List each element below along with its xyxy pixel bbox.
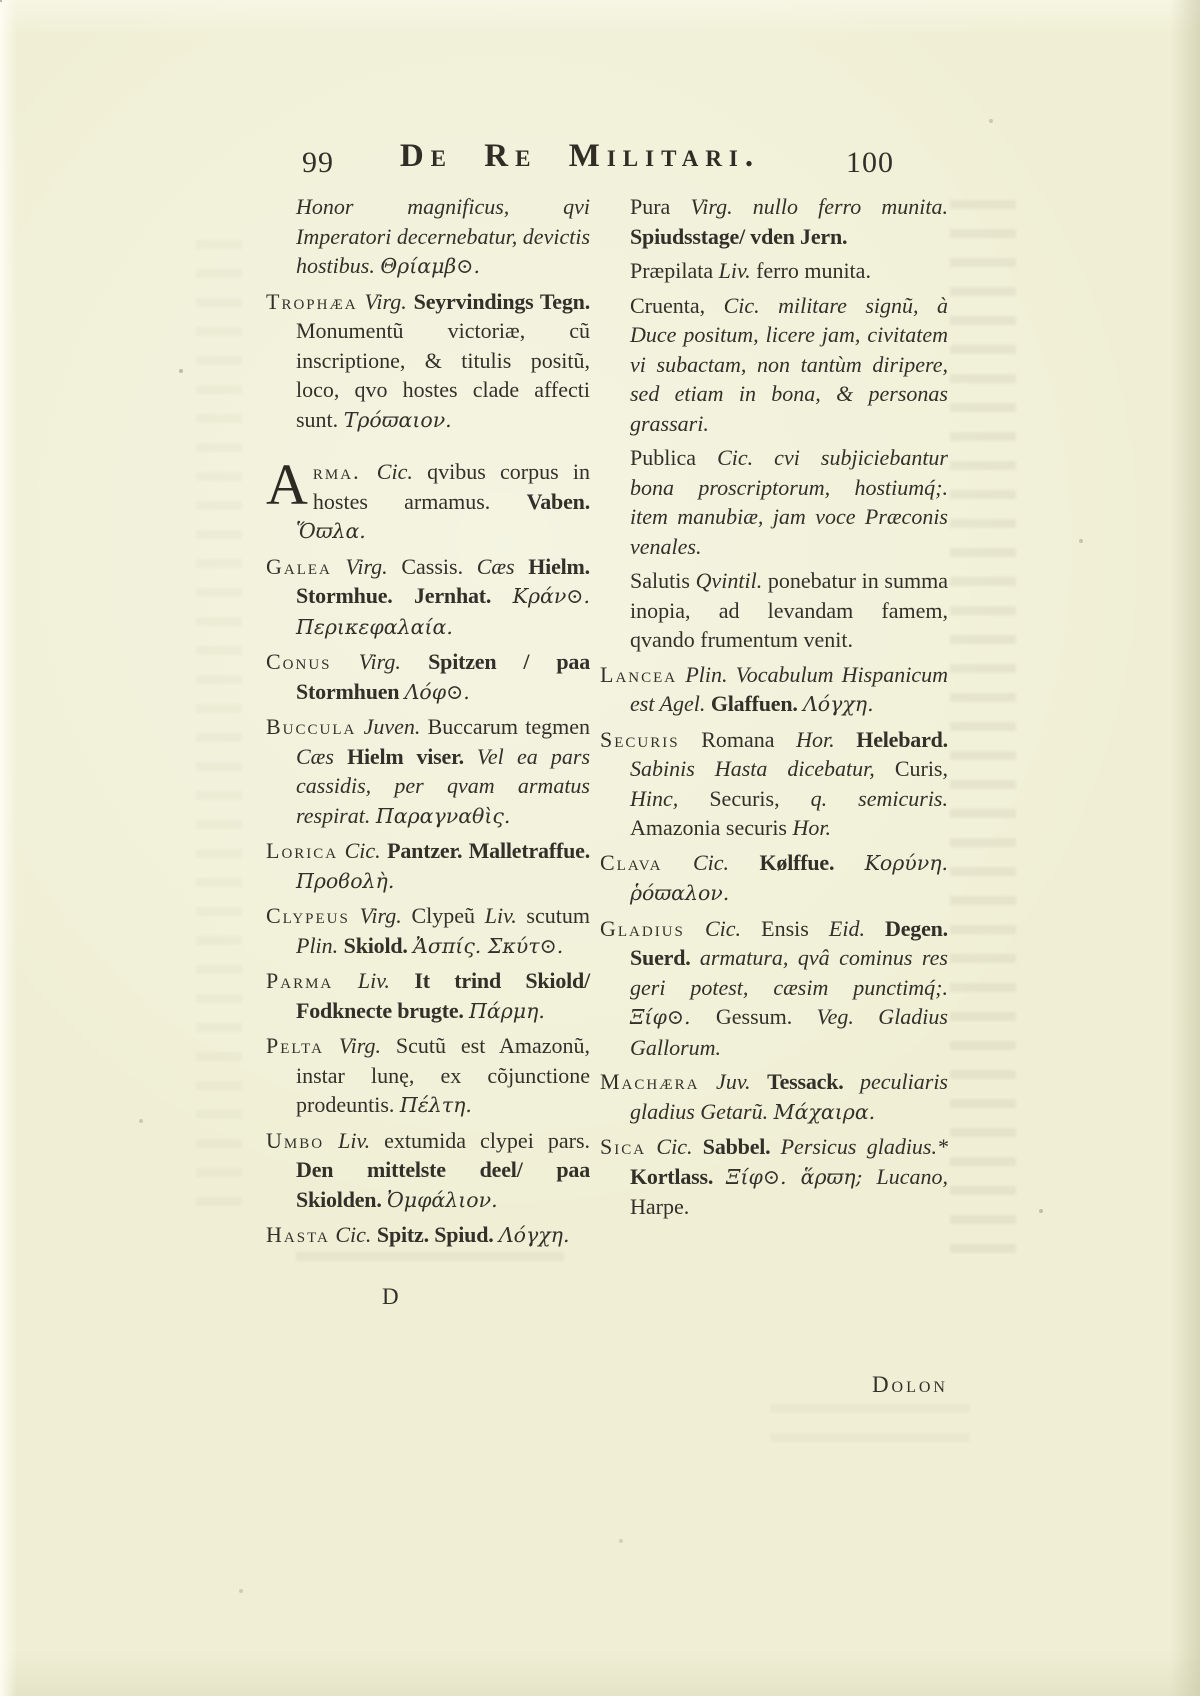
text-segment: Pura xyxy=(630,194,690,219)
text-segment: Umbo xyxy=(266,1128,324,1153)
text-segment: Lucano, xyxy=(877,1164,949,1189)
text-segment: Liv. xyxy=(485,903,527,928)
dictionary-entry: Salutis Qvintil. ponebatur in summa inop… xyxy=(600,566,948,655)
dictionary-entry: Gladius Cic. Ensis Eid. Degen. Suerd. ar… xyxy=(600,914,948,1063)
text-segment: Ξίφ⊙. xyxy=(630,1005,716,1029)
drop-cap-letter: A xyxy=(266,460,308,510)
text-segment: Glaffuen. xyxy=(711,691,803,716)
text-segment: Virg. xyxy=(332,649,429,674)
text-segment: Ὅϖλα. xyxy=(296,519,366,543)
text-segment: Romana xyxy=(680,727,797,752)
text-segment: Ξίφ⊙. ἅρϖη; xyxy=(726,1165,876,1189)
text-segment: Hor. xyxy=(796,727,856,752)
dictionary-entry: Securis Romana Hor. Helebard. Sabinis Ha… xyxy=(600,725,948,843)
dictionary-entry: Clava Cic. Kølffue. Κορύνη. ῥόϖαλον. xyxy=(600,848,948,909)
text-segment: Πέλτη. xyxy=(400,1093,472,1117)
text-segment: Virg. xyxy=(350,903,412,928)
text-segment: Liv. xyxy=(333,968,414,993)
text-segment: Conus xyxy=(266,649,332,674)
text-segment: Machæra xyxy=(600,1069,699,1094)
dictionary-entry: Galea Virg. Cassis. Cæs Hielm. Stormhue.… xyxy=(266,552,590,643)
catchword: Dolon xyxy=(600,1372,948,1398)
bleedthrough-band xyxy=(770,1404,970,1456)
text-segment: rma. xyxy=(313,459,377,484)
text-segment: scutum xyxy=(526,903,590,928)
text-segment: Clypeus xyxy=(266,903,350,928)
dictionary-entry: Parma Liv. It trind Skiold/ Fodknecte br… xyxy=(266,966,590,1026)
text-segment: Παραγναθὶς. xyxy=(376,804,511,828)
text-segment: Qvintil. xyxy=(696,568,768,593)
text-segment: Liv. xyxy=(719,258,756,283)
dictionary-entry: Præpilata Liv. ferro munita. xyxy=(600,256,948,286)
text-segment: Publica xyxy=(630,445,717,470)
text-segment: Galea xyxy=(266,554,332,579)
text-segment: Kølffue. xyxy=(760,850,865,875)
text-segment: Ensis xyxy=(761,916,829,941)
page-number-right: 100 xyxy=(846,146,894,180)
dictionary-entry: Sica Cic. Sabbel. Persicus gladius.* Kor… xyxy=(600,1132,948,1222)
dictionary-entry: Buccula Juven. Buccarum tegmen Cæs Hielm… xyxy=(266,712,590,831)
text-segment: Sica xyxy=(600,1134,646,1159)
text-segment: Cic. xyxy=(646,1134,703,1159)
text-segment: Cic. xyxy=(662,850,759,875)
text-segment: Skiold. xyxy=(344,933,413,958)
text-column-right: Pura Virg. nullo ferro munita. Spiudssta… xyxy=(600,192,948,1227)
text-segment: Cruenta, xyxy=(630,293,724,318)
text-segment: Hinc, xyxy=(630,786,709,811)
bleedthrough-band xyxy=(196,240,242,1220)
text-segment: Hor. xyxy=(793,815,832,840)
text-segment: q. semicuris. xyxy=(811,786,948,811)
text-segment: Lancea xyxy=(600,662,677,687)
text-segment: ferro munita. xyxy=(756,258,871,283)
dictionary-entry: Umbo Liv. extumida clypei pars. Den mitt… xyxy=(266,1126,590,1216)
text-segment: Hielm viser. xyxy=(347,744,477,769)
text-segment: Liv. xyxy=(324,1128,384,1153)
text-segment: Θρίαμβ⊙. xyxy=(380,254,480,278)
text-segment: Sabbel. xyxy=(703,1134,781,1159)
text-segment: Λόφ⊙. xyxy=(405,680,470,704)
text-segment: Cæs xyxy=(296,744,347,769)
text-segment: Parma xyxy=(266,968,333,993)
text-segment: Curis, xyxy=(895,756,948,781)
text-segment: Προϐολὴ. xyxy=(296,869,394,893)
bleedthrough-band xyxy=(950,200,1016,1260)
text-segment: Seyrvindings Tegn. xyxy=(414,289,590,314)
text-segment: Harpe. xyxy=(630,1194,689,1219)
dictionary-entry: Hasta Cic. Spitz. Spiud. Λόγχη. xyxy=(266,1220,590,1251)
text-segment: Virg. nullo ferro munita. xyxy=(690,194,948,219)
text-segment: Λόγχη. xyxy=(803,692,874,716)
text-segment: Plin. xyxy=(296,933,344,958)
text-segment: Buccarum tegmen xyxy=(428,714,590,739)
text-segment: Pelta xyxy=(266,1033,324,1058)
dictionary-entry: Machæra Juv. Tessack. peculiaris gladius… xyxy=(600,1067,948,1127)
text-segment: Cic. xyxy=(685,916,761,941)
text-segment: Virg. xyxy=(332,554,401,579)
text-segment: Cic. xyxy=(377,459,427,484)
text-segment: Virg. xyxy=(324,1033,396,1058)
text-segment: Eid. xyxy=(829,916,885,941)
signature-mark: D xyxy=(382,1284,399,1310)
dictionary-entry: Lorica Cic. Pantzer. Malletraffue. Προϐο… xyxy=(266,836,590,896)
text-segment: Juven. xyxy=(356,714,427,739)
text-column-left: Honor magnificus, qvi Imperatori decerne… xyxy=(266,192,590,1256)
dictionary-entry: Lancea Plin. Vocabulum Hispanicum est Ag… xyxy=(600,660,948,720)
text-segment: Clypeũ xyxy=(411,903,484,928)
text-segment: Clava xyxy=(600,850,662,875)
text-segment: Hasta xyxy=(266,1222,330,1247)
text-segment: Μάχαιρα. xyxy=(774,1100,876,1124)
text-segment: Λόγχη. xyxy=(499,1223,570,1247)
text-segment: Spitz. Spiud. xyxy=(377,1222,499,1247)
dictionary-entry: Clypeus Virg. Clypeũ Liv. scutum Plin. S… xyxy=(266,901,590,961)
text-segment: Πάρμη. xyxy=(469,999,545,1023)
text-segment: Ὀμφάλιον. xyxy=(387,1188,498,1212)
text-segment: Virg. xyxy=(358,289,414,314)
text-segment: Amazonia securis xyxy=(630,815,793,840)
text-segment: Trophæa xyxy=(266,289,358,314)
text-segment: Lorica xyxy=(266,838,338,863)
text-segment: Pantzer. Malletraffue. xyxy=(387,838,590,863)
text-segment: Gessum. xyxy=(716,1004,817,1029)
text-segment: Τρόϖαιον. xyxy=(344,408,452,432)
text-segment: Sabinis Hasta dicebatur, xyxy=(630,756,895,781)
text-segment: Cassis. xyxy=(401,554,476,579)
text-segment: Vaben. xyxy=(527,489,590,514)
bleedthrough-band xyxy=(296,1252,564,1278)
dictionary-entry: Cruenta, Cic. militare signũ, à Duce pos… xyxy=(600,291,948,439)
text-segment: Cic. xyxy=(330,1222,377,1247)
running-title: De Re Militari. xyxy=(260,138,900,175)
dictionary-entry: Pelta Virg. Scutũ est Amazonũ, instar lu… xyxy=(266,1031,590,1121)
text-segment: Tessack. xyxy=(767,1069,860,1094)
text-segment: Salutis xyxy=(630,568,696,593)
dictionary-entry: Publica Cic. cvi subjiciebantur bona pro… xyxy=(600,443,948,561)
text-segment: Securis, xyxy=(709,786,810,811)
dictionary-entry: Trophæa Virg. Seyrvindings Tegn. Monumen… xyxy=(266,287,590,436)
paper-texture xyxy=(0,0,2,2)
text-segment: Persicus gladius.* xyxy=(781,1134,948,1159)
dictionary-entry: Conus Virg. Spitzen / paa Stormhuen Λόφ⊙… xyxy=(266,647,590,707)
text-segment: Juv. xyxy=(699,1069,767,1094)
book-page-scan: 99 De Re Militari. 100 Honor magnificus,… xyxy=(0,0,1200,1696)
text-segment: Buccula xyxy=(266,714,356,739)
text-segment: Cæs xyxy=(477,554,529,579)
text-segment: extumida clypei pars. xyxy=(384,1128,590,1153)
dictionary-entry: Honor magnificus, qvi Imperatori decerne… xyxy=(266,192,590,282)
text-segment: Securis xyxy=(600,727,680,752)
text-segment: Cic. xyxy=(338,838,387,863)
text-segment: Spiudsstage/ vden Jern. xyxy=(630,224,847,249)
dictionary-entry: Arma. Cic. qvibus corpus in hostes armam… xyxy=(266,457,590,547)
text-segment: Helebard. xyxy=(856,727,948,752)
text-segment: Gladius xyxy=(600,916,685,941)
text-segment: Præpilata xyxy=(630,258,719,283)
text-segment: Kortlass. xyxy=(630,1164,726,1189)
text-segment: Ἀσπίς. Σκύτ⊙. xyxy=(413,934,563,958)
dictionary-entry: Pura Virg. nullo ferro munita. Spiudssta… xyxy=(600,192,948,251)
